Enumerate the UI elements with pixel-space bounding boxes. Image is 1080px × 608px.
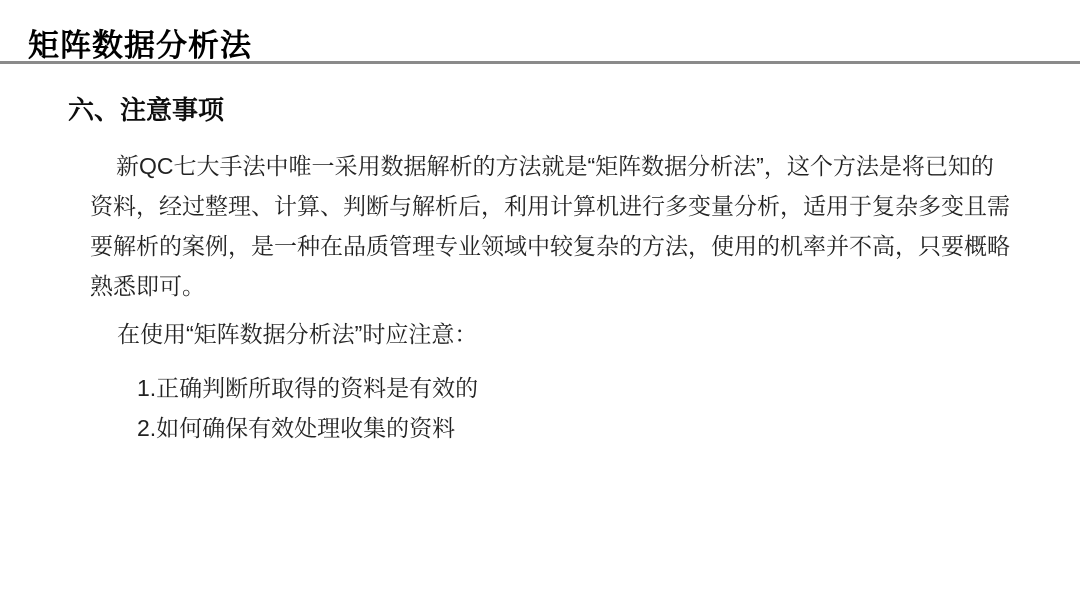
body-paragraph: 新QC七大手法中唯一采用数据解析的方法就是“矩阵数据分析法”，这个方法是将已知的… <box>90 146 1030 306</box>
note-item-1: 1.正确判断所取得的资料是有效的 <box>137 368 478 408</box>
paragraph-line-4: 熟悉即可。 <box>90 266 1030 306</box>
slide-title: 矩阵数据分析法 <box>28 20 252 65</box>
paragraph-line-1: 新QC七大手法中唯一采用数据解析的方法就是“矩阵数据分析法”，这个方法是将已知的 <box>90 146 1030 186</box>
title-divider-line <box>0 61 1080 64</box>
section-heading: 六、注意事项 <box>68 90 224 127</box>
note-item-2: 2.如何确保有效处理收集的资料 <box>137 408 478 448</box>
paragraph-line-2: 资料，经过整理、计算、判断与解析后，利用计算机进行多变量分析，适用于复杂多变且需 <box>90 186 1030 226</box>
note-intro: 在使用“矩阵数据分析法”时应注意： <box>117 314 477 354</box>
paragraph-line-3: 要解析的案例，是一种在品质管理专业领域中较复杂的方法，使用的机率并不高，只要概略 <box>90 226 1030 266</box>
slide-canvas: 矩阵数据分析法 六、注意事项 新QC七大手法中唯一采用数据解析的方法就是“矩阵数… <box>0 0 1080 608</box>
note-list: 1.正确判断所取得的资料是有效的 2.如何确保有效处理收集的资料 <box>137 368 478 448</box>
